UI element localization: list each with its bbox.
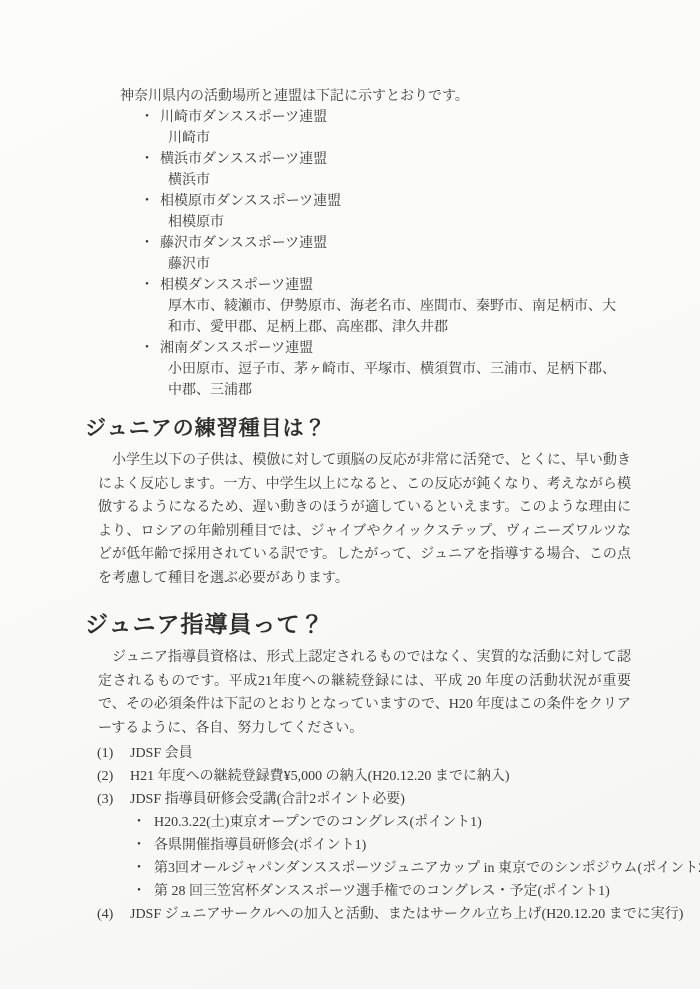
federation-areas: 川崎市	[168, 128, 626, 149]
requirement-text: JDSF 会員	[130, 746, 193, 761]
federation-item: ・相模原市ダンススポーツ連盟 相模原市	[85, 191, 633, 233]
federation-name-row: ・相模原市ダンススポーツ連盟	[140, 191, 633, 212]
requirement-item: (1)JDSF 会員	[97, 742, 633, 765]
federation-name: 藤沢市ダンススポーツ連盟	[160, 236, 327, 251]
requirement-subitems: ・H20.3.22(土)東京オープンでのコングレス(ポイント1) ・各県開催指導…	[132, 811, 633, 903]
federation-name: 相模ダンススポーツ連盟	[160, 278, 313, 293]
subitem-text: 第 28 回三笠宮杯ダンススポーツ選手権でのコングレス・予定(ポイント1)	[154, 884, 610, 899]
subitem-text: 各県開催指導員研修会(ポイント1)	[154, 838, 366, 853]
requirement-number: (1)	[97, 742, 130, 765]
page-content: 神奈川県内の活動場所と連盟は下記に示すとおりです。 ・川崎市ダンススポーツ連盟 …	[85, 86, 633, 926]
federation-name-row: ・藤沢市ダンススポーツ連盟	[140, 233, 633, 254]
federation-item: ・相模ダンススポーツ連盟 厚木市、綾瀬市、伊勢原市、海老名市、座間市、秦野市、南…	[85, 275, 633, 338]
federation-areas: 横浜市	[168, 170, 626, 191]
bullet-icon: ・	[140, 338, 154, 359]
federation-item: ・藤沢市ダンススポーツ連盟 藤沢市	[85, 233, 633, 275]
federation-item: ・川崎市ダンススポーツ連盟 川崎市	[85, 107, 633, 149]
document-page: 神奈川県内の活動場所と連盟は下記に示すとおりです。 ・川崎市ダンススポーツ連盟 …	[0, 0, 700, 989]
requirement-text: H21 年度への継続登録費¥5,000 の納入(H20.12.20 までに納入)	[130, 769, 510, 784]
subitem-text: 第3回オールジャパンダンススポーツジュニアカップ in 東京でのシンポジウム(ポ…	[154, 861, 700, 876]
federation-areas: 相模原市	[168, 212, 626, 233]
federation-areas: 藤沢市	[168, 254, 626, 275]
intro-text: 神奈川県内の活動場所と連盟は下記に示すとおりです。	[120, 86, 633, 107]
bullet-icon: ・	[140, 233, 154, 254]
requirement-item: (2)H21 年度への継続登録費¥5,000 の納入(H20.12.20 までに…	[97, 765, 633, 788]
federation-name-row: ・相模ダンススポーツ連盟	[140, 275, 633, 296]
requirement-subitem: ・第 28 回三笠宮杯ダンススポーツ選手権でのコングレス・予定(ポイント1)	[132, 880, 633, 903]
section-heading-practice: ジュニアの練習種目は？	[85, 415, 633, 442]
bullet-icon: ・	[140, 191, 154, 212]
federation-item: ・横浜市ダンススポーツ連盟 横浜市	[85, 149, 633, 191]
federation-item: ・湘南ダンススポーツ連盟 小田原市、逗子市、茅ヶ崎市、平塚市、横須賀市、三浦市、…	[85, 338, 633, 401]
requirement-item: (4)JDSF ジュニアサークルへの加入と活動、またはサークル立ち上げ(H20.…	[97, 903, 633, 926]
section-heading-instructor: ジュニア指導員って？	[85, 609, 633, 639]
bullet-icon: ・	[140, 107, 154, 128]
requirement-subitem: ・H20.3.22(土)東京オープンでのコングレス(ポイント1)	[132, 811, 633, 834]
requirement-number: (4)	[97, 903, 130, 926]
federation-name-row: ・湘南ダンススポーツ連盟	[140, 338, 633, 359]
requirement-number: (2)	[97, 765, 130, 788]
requirement-text: JDSF ジュニアサークルへの加入と活動、またはサークル立ち上げ(H20.12.…	[130, 907, 683, 922]
section-instructor-body: ジュニア指導員資格は、形式上認定されるものではなく、実質的な活動に対して認定され…	[98, 646, 631, 740]
requirement-subitem: ・各県開催指導員研修会(ポイント1)	[132, 834, 633, 857]
federation-name: 横浜市ダンススポーツ連盟	[160, 152, 327, 167]
section-practice-body: 小学生以下の子供は、模倣に対して頭脳の反応が非常に活発で、とくに、早い動きによく…	[98, 449, 631, 590]
federation-name-row: ・横浜市ダンススポーツ連盟	[140, 149, 633, 170]
bullet-icon: ・	[132, 834, 146, 857]
federation-name: 湘南ダンススポーツ連盟	[160, 341, 313, 356]
bullet-icon: ・	[140, 149, 154, 170]
bullet-icon: ・	[132, 857, 146, 880]
requirement-subitem: ・第3回オールジャパンダンススポーツジュニアカップ in 東京でのシンポジウム(…	[132, 857, 633, 880]
federation-name-row: ・川崎市ダンススポーツ連盟	[140, 107, 633, 128]
requirement-number: (3)	[97, 788, 130, 811]
bullet-icon: ・	[132, 811, 146, 834]
requirement-item: (3)JDSF 指導員研修会受講(合計2ポイント必要)	[97, 788, 633, 811]
federation-name: 相模原市ダンススポーツ連盟	[160, 194, 341, 209]
subitem-text: H20.3.22(土)東京オープンでのコングレス(ポイント1)	[154, 815, 482, 830]
federation-areas: 厚木市、綾瀬市、伊勢原市、海老名市、座間市、秦野市、南足柄市、大和市、愛甲郡、足…	[168, 296, 626, 338]
bullet-icon: ・	[140, 275, 154, 296]
federation-list: ・川崎市ダンススポーツ連盟 川崎市 ・横浜市ダンススポーツ連盟 横浜市 ・相模原…	[85, 107, 633, 401]
requirements-list: (1)JDSF 会員 (2)H21 年度への継続登録費¥5,000 の納入(H2…	[97, 742, 633, 926]
federation-areas: 小田原市、逗子市、茅ヶ崎市、平塚市、横須賀市、三浦市、足柄下郡、中郡、三浦郡	[168, 359, 626, 401]
bullet-icon: ・	[132, 880, 146, 903]
requirement-text: JDSF 指導員研修会受講(合計2ポイント必要)	[130, 792, 405, 807]
federation-name: 川崎市ダンススポーツ連盟	[160, 110, 327, 125]
